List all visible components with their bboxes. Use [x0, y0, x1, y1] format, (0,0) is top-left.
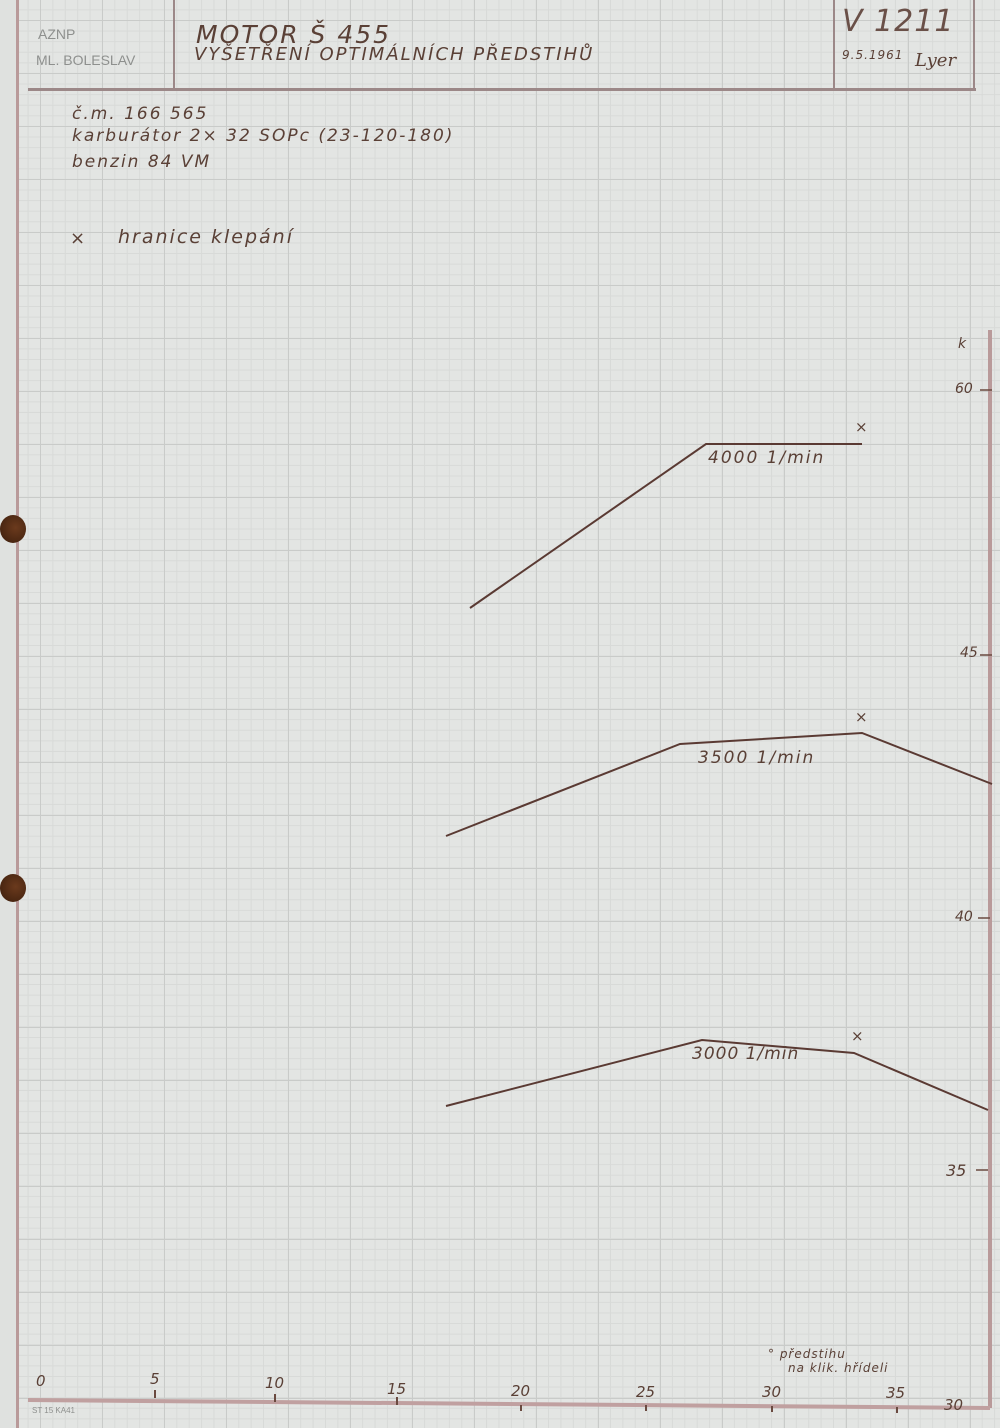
- y-tick-60: 60: [955, 381, 973, 397]
- y-tick-45: 45: [960, 645, 978, 661]
- x-tick-25: 25: [636, 1383, 655, 1401]
- x-tick-0: 0: [36, 1372, 46, 1390]
- knock-limit-marker-3000: ×: [851, 1027, 866, 1045]
- knock-limit-marker-4000: ×: [855, 418, 870, 436]
- y-tick-40: 40: [955, 909, 973, 925]
- x-axis-title-line2: na klik. hřídeli: [788, 1361, 889, 1375]
- series-label-4000: 4000 1/min: [708, 448, 825, 468]
- print-mark: ST 15 KA41: [32, 1406, 75, 1415]
- x-tick-30: 30: [762, 1383, 781, 1401]
- x-tick-15: 15: [387, 1380, 406, 1398]
- y-axis-unit: k: [958, 336, 968, 352]
- x-axis-end-label: 30: [944, 1396, 963, 1414]
- x-axis-title-line1: ° předstihu: [768, 1347, 846, 1361]
- series-label-3000: 3000 1/min: [692, 1044, 799, 1064]
- knock-limit-marker-3500: ×: [855, 708, 870, 726]
- x-tick-5: 5: [150, 1370, 160, 1388]
- x-axis-line: [28, 1400, 990, 1408]
- chart-plot: [0, 0, 1000, 1428]
- x-tick-20: 20: [511, 1382, 530, 1400]
- series-label-3500: 3500 1/min: [698, 748, 815, 768]
- y-tick-35: 35: [946, 1161, 966, 1180]
- x-tick-35: 35: [886, 1384, 905, 1402]
- x-tick-10: 10: [265, 1374, 284, 1392]
- series-4000-line: [470, 444, 862, 608]
